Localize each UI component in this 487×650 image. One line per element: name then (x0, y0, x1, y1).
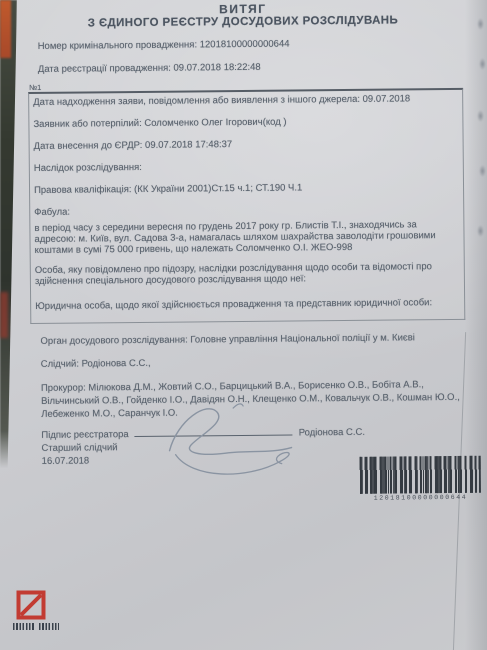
signature-name: Родіонова С.С. (299, 427, 365, 439)
barcode-bars (360, 456, 481, 494)
barcode: 12018100000000644 (360, 456, 481, 504)
signer-title: Старший слідчий (41, 442, 117, 454)
case-number-line: Номер кримінального провадження: 1201810… (38, 39, 290, 52)
signature-date: 16.07.2018 (42, 455, 90, 466)
prosecutors-line: Прокурор: Мілюкова Д.М., Жовтий С.О., Ба… (41, 378, 465, 421)
table-row-claimant: Заявник або потерпілий: Соломченко Олег … (33, 115, 459, 130)
record-number: №1 (29, 83, 41, 92)
table-row-suspect-notice: Особа, яку повідомлено про підозру, насл… (35, 261, 461, 287)
investigator-line: Слідчий: Родіонова С.С., (41, 358, 151, 370)
table-row-incoming-date: Дата надходження заяви, повідомлення або… (33, 93, 459, 108)
signature-label: Підпис реєстратора (41, 429, 128, 441)
table-row-legal-entity: Юридична особа, щодо якої здійснюється п… (35, 297, 461, 312)
registration-date-line: Дата реєстрації провадження: 09.07.2018 … (38, 62, 261, 75)
red-square-diagonal-logo-icon (16, 590, 46, 620)
watermark-caption-illegible (13, 623, 63, 630)
investigation-body-line: Орган досудового розслідування: Головне … (40, 332, 460, 347)
record-table: Дата надходження заяви, повідомлення або… (28, 88, 465, 324)
document-photo: ВИТЯГ З ЄДИНОГО РЕЄСТРУ ДОСУДОВИХ РОЗСЛІ… (0, 0, 487, 650)
table-row-result: Наслідок розслідування: (34, 159, 460, 174)
watermark-caption-fragment (13, 623, 35, 630)
watermark-caption-fragment (39, 623, 59, 630)
table-row-qualification: Правова кваліфікація: (КК України 2001)С… (34, 181, 460, 196)
table-row-fabula-label: Фабула: (34, 203, 460, 218)
table-row-fabula-text: в період часу з середини вересня по груд… (34, 219, 460, 256)
signature-line (135, 427, 293, 438)
table-row-erdr-date: Дата внесення до ЄРДР: 09.07.2018 17:48:… (34, 137, 460, 152)
barcode-number: 12018100000000644 (360, 494, 481, 502)
document-page: ВИТЯГ З ЄДИНОГО РЕЄСТРУ ДОСУДОВИХ РОЗСЛІ… (0, 0, 487, 650)
registrar-signature-row: Підпис реєстратораРодіонова С.С. (41, 426, 365, 441)
